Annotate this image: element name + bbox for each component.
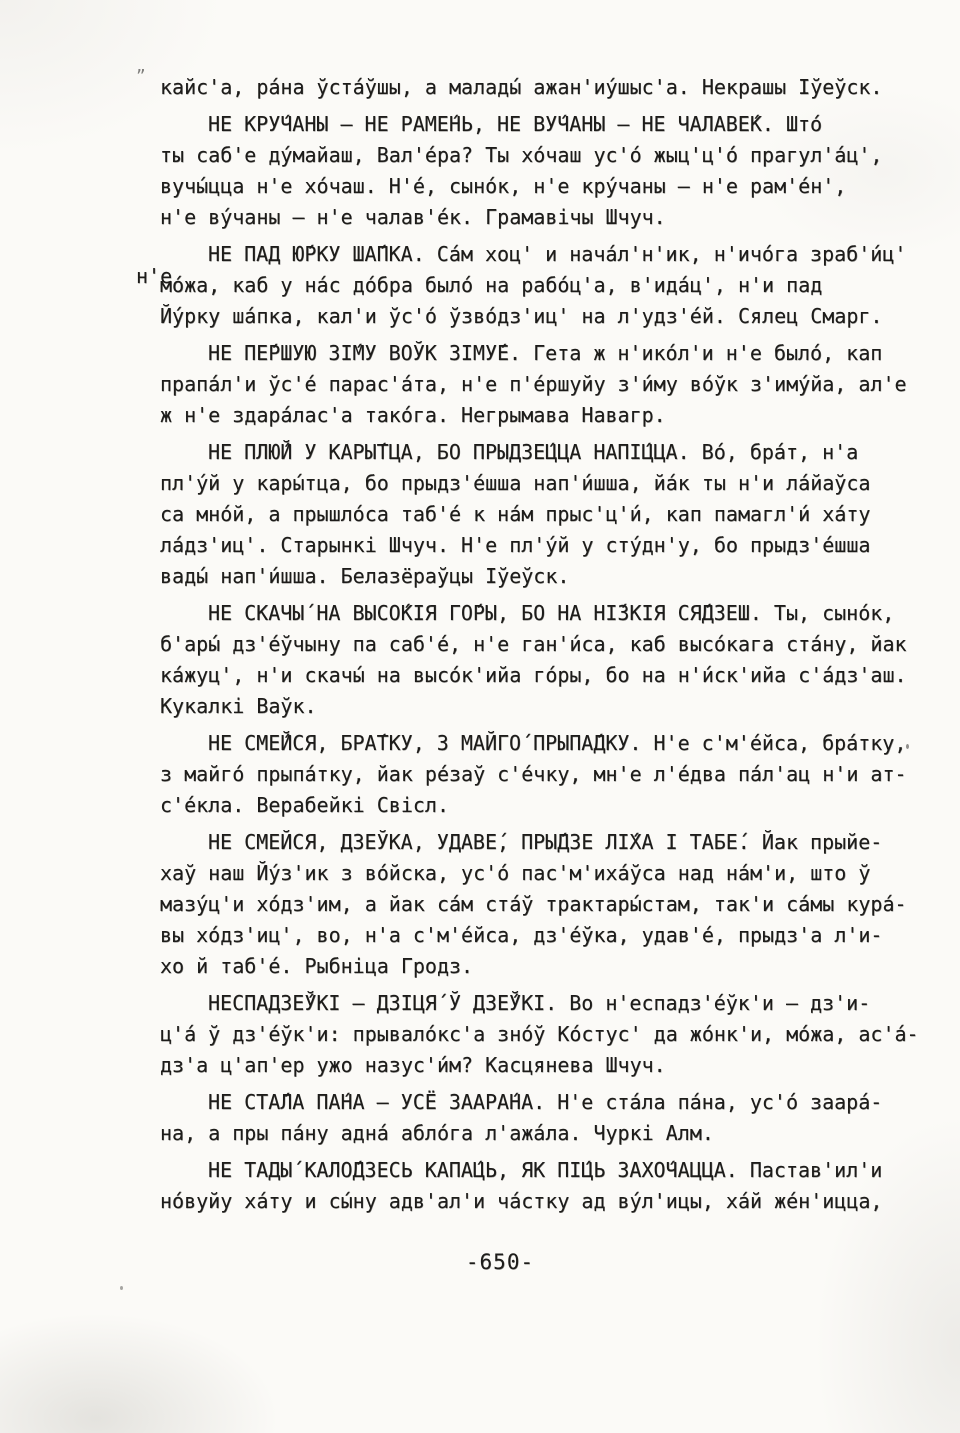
paragraph: НЕ СМЕ́ЙСЯ, БРА́ТКУ, З МАЙГО́ ПРЫПА́ДКУ.… — [160, 728, 946, 821]
paragraph: НЕ СМЕЙСЯ, ДЗЕЎКА, УДАВЕ́, ПРЫ́ДЗЕ ЛІ́ХА… — [160, 827, 946, 982]
page-number: -650- — [130, 1250, 870, 1274]
paragraph: НЕ ТАДЫ́ КАЛО́ДЗЕСЬ КАПА́ЦЬ, ЯК ПІ́ЦЬ ЗА… — [160, 1155, 946, 1217]
paragraph: НЕ ПЕ́РШУЮ ЗІ́МУ ВОЎК ЗІМУ́Е. Гета ж н'и… — [160, 338, 946, 431]
paragraph: НЕ СКАЧЫ́ НА ВЫСО́КІЯ ГО́РЫ, БО НА НІ́ЗК… — [160, 598, 946, 722]
paragraph: кайс'а, ра́на ўста́ўшы, а малады́ ажан'и… — [160, 72, 946, 103]
scan-speck — [906, 744, 909, 749]
stray-ink-mark: ” — [136, 66, 146, 85]
scan-speck — [120, 1286, 123, 1290]
scanned-document-page: ” н'е кайс'а, ра́на ўста́ўшы, а малады́ … — [0, 0, 960, 1433]
paragraph: НЕСПАДЗЕ́ЎКІ — ДЗІЦЯ́ Ў ДЗЕ́ЎКІ. Во н'ес… — [160, 988, 946, 1081]
paragraph: НЕ ПЛЮ́Й У КАРЫ́ТЦА, БО ПРЫДЗЕ́ЦЦА НАПІ́… — [160, 437, 946, 592]
typewritten-text-block: кайс'а, ра́на ўста́ўшы, а малады́ ажан'и… — [160, 72, 946, 1217]
paragraph: НЕ ПАД Ю́РКУ ША́ПКА. Са́м хоц' и нача́л'… — [160, 239, 946, 332]
paragraph: НЕ СТА́ЛА ПА́НА — УСЁ ЗААРА́НА. Н'е ста́… — [160, 1087, 946, 1149]
paragraph: НЕ КРУ́ЧАНЫ — НЕ РАМЕ́НЬ, НЕ ВУ́ЧАНЫ — Н… — [160, 109, 946, 233]
